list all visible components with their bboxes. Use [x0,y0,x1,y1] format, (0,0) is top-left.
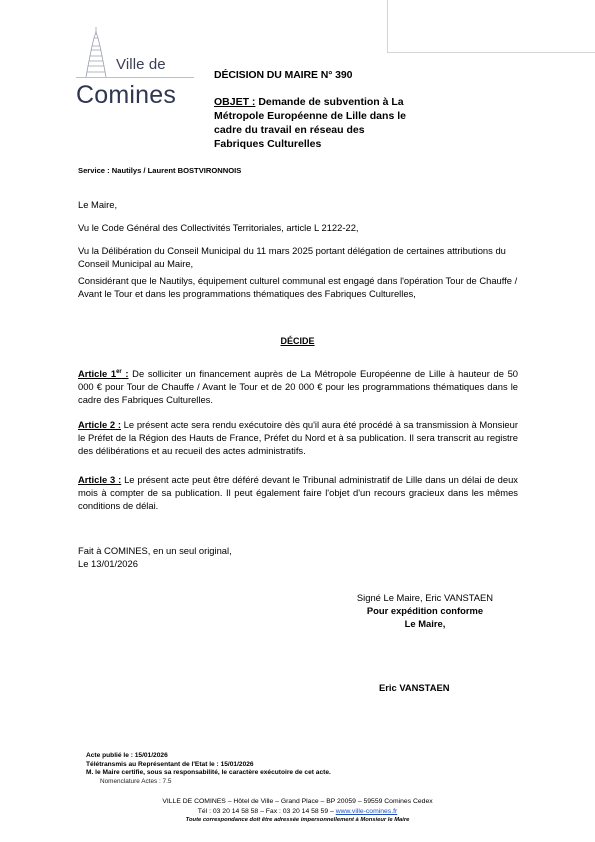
footer-phone-fax: Tél : 03 20 14 58 58 – Fax : 03 20 14 58… [198,808,336,815]
transmitted-date: Télétransmis au Représentant de l'Etat l… [86,761,331,770]
article-3: Article 3 : Le présent acte peut être dé… [78,473,518,512]
signature-name: Eric VANSTAEN [379,682,450,693]
vu-code: Vu le Code Général des Collectivités Ter… [78,221,518,234]
published-date: Acte publié le : 15/01/2026 [86,752,331,761]
closing-date: Le 13/01/2026 [78,557,518,570]
expedition-conforme: Pour expédition conforme [330,604,520,617]
website-link[interactable]: www.ville-comines.fr [336,808,398,815]
footer-notice: Toute correspondance doit être adressée … [0,816,595,826]
service-line: Service : Nautilys / Laurent BOSTVIRONNO… [78,166,241,175]
article-3-text: Le présent acte peut être déféré devant … [78,474,518,511]
article-2-text: Le présent acte sera rendu exécutoire dè… [78,419,518,456]
considerant: Considérant que le Nautilys, équipement … [78,274,518,300]
footer-contact: Tél : 03 20 14 58 58 – Fax : 03 20 14 58… [0,807,595,817]
publication-info: Acte publié le : 15/01/2026 Télétransmis… [86,752,331,778]
certify-statement: M. le Maire certifie, sous sa responsabi… [86,769,331,778]
stamp-box [387,0,595,53]
decide-heading: DÉCIDE [0,336,595,346]
article-3-label: Article 3 : [78,474,121,485]
article-2: Article 2 : Le présent acte sera rendu e… [78,418,518,457]
fait-a: Fait à COMINES, en un seul original, [78,544,518,557]
article-1-label: Article 1er : [78,368,129,379]
footer-address: VILLE DE COMINES – Hôtel de Ville – Gran… [0,797,595,807]
signature-role: Le Maire, [330,617,520,630]
footer: VILLE DE COMINES – Hôtel de Ville – Gran… [0,797,595,826]
signed-by: Signé Le Maire, Eric VANSTAEN [330,591,520,604]
decision-object: OBJET : Demande de subvention à La Métro… [214,95,414,151]
logo-text-comines: Comines [76,81,176,110]
church-spire-icon [76,26,116,78]
objet-label: OBJET : [214,96,255,108]
article-1-text: De solliciter un financement auprès de L… [78,368,518,405]
decision-title: DÉCISION DU MAIRE N° 390 [214,69,352,81]
nomenclature: Nomenclature Actes : 7.5 [100,778,171,785]
city-logo: Ville de Comines [76,26,194,108]
article-2-label: Article 2 : [78,419,121,430]
logo-text-ville-de: Ville de [116,56,166,73]
logo-divider [76,77,194,78]
article-1: Article 1er : De solliciter un financeme… [78,366,518,406]
opening: Le Maire, [78,198,518,211]
vu-deliberation: Vu la Délibération du Conseil Municipal … [78,244,518,270]
